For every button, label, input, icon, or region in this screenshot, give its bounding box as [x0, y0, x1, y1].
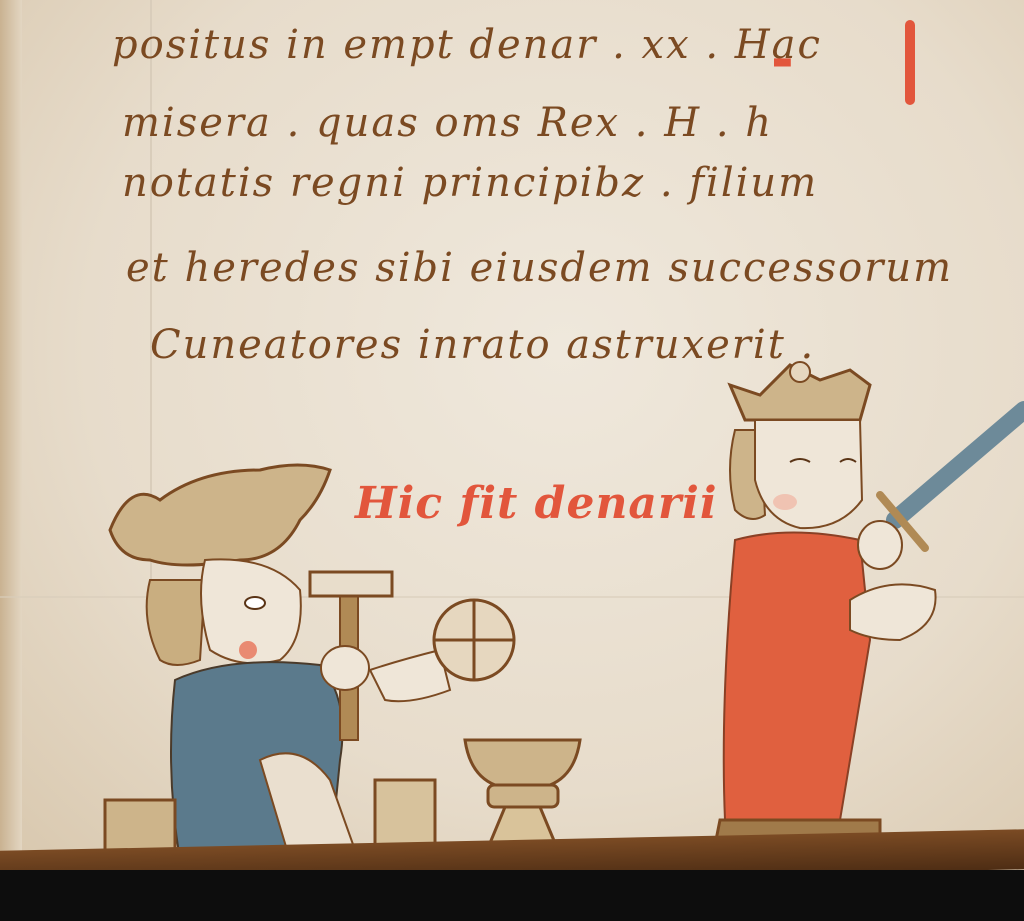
- anvil-icon: [465, 740, 580, 855]
- moneyer-figure: [105, 465, 514, 860]
- moneyer-eye: [245, 597, 265, 609]
- king-open-hand: [850, 584, 936, 640]
- king-robe: [724, 533, 870, 821]
- king-face: [755, 420, 862, 528]
- illustration: [0, 0, 1024, 921]
- moneyer-hand: [321, 646, 369, 690]
- king-figure: [715, 362, 1024, 845]
- cap-icon: [110, 465, 330, 565]
- moneyer-cheek: [239, 641, 257, 659]
- black-cloth-background: [0, 870, 1024, 921]
- sword-blade: [895, 410, 1024, 520]
- king-hand: [858, 521, 902, 569]
- moneyer-hair: [147, 580, 205, 665]
- hammer-head-icon: [310, 572, 392, 596]
- manuscript-photo: positus in empt denar . xx . Hac misera …: [0, 0, 1024, 921]
